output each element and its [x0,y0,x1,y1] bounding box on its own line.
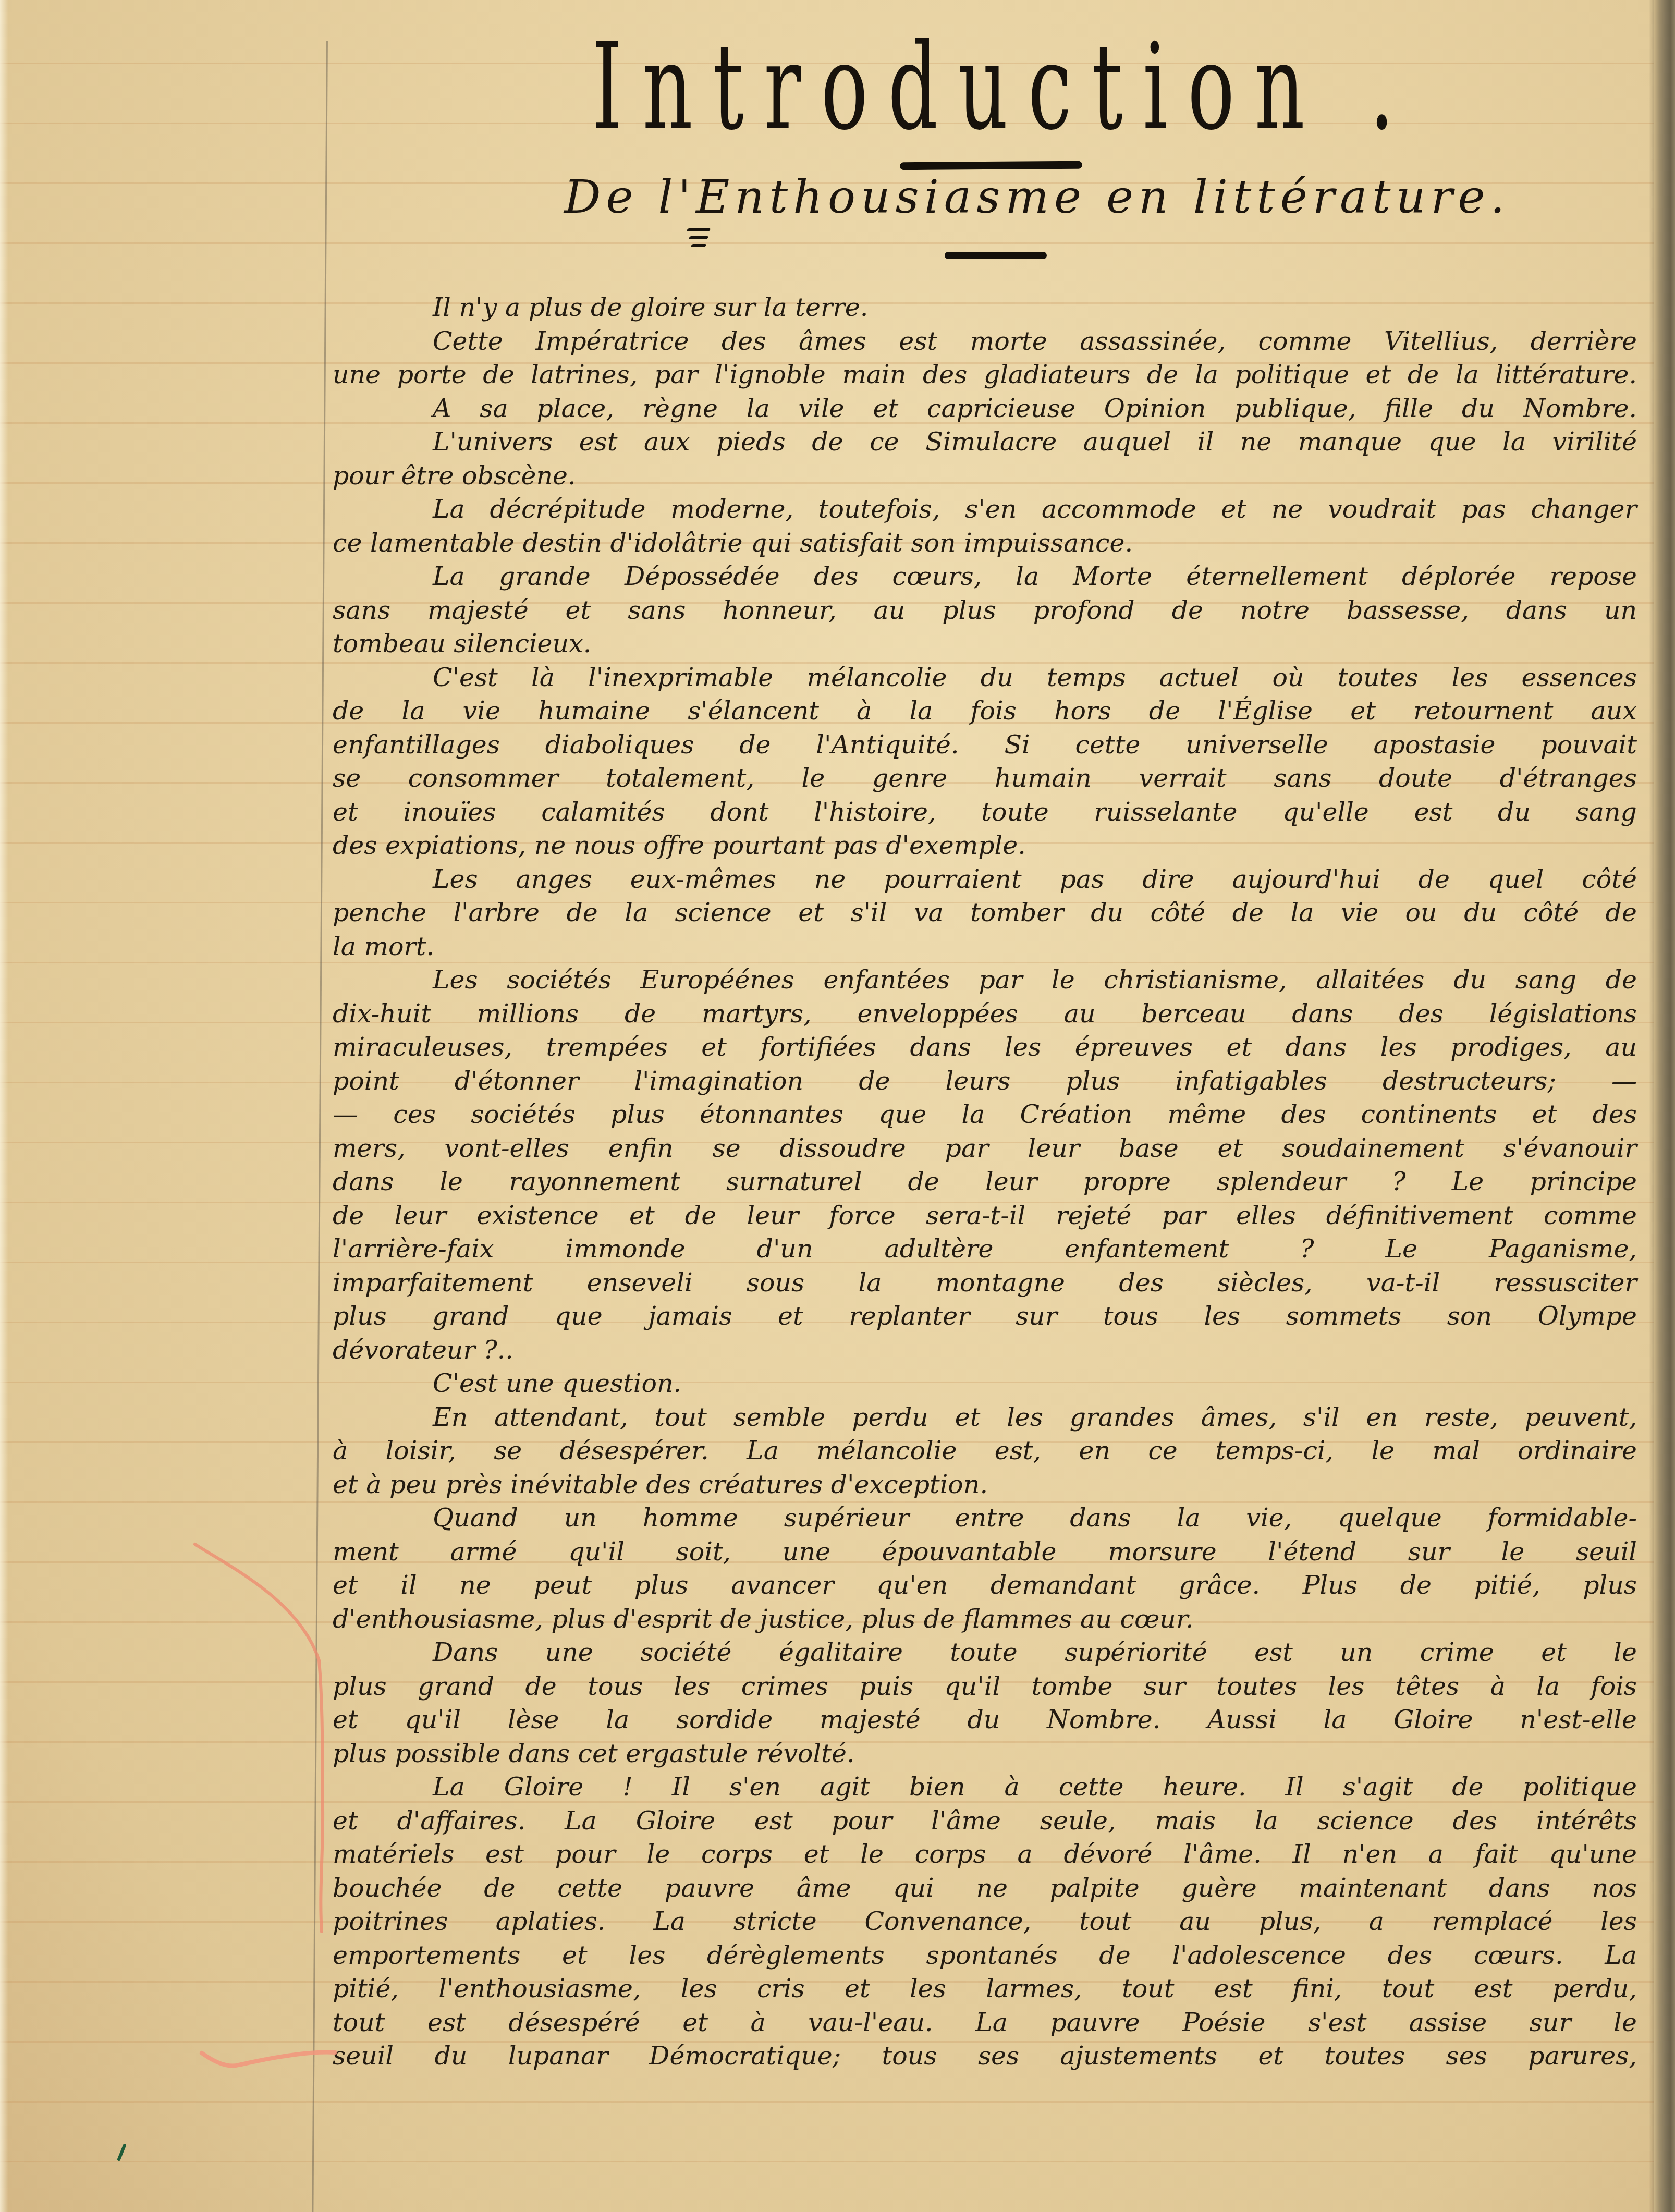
manuscript-line: La Gloire ! Il s'en agit bien à cette he… [333,1770,1637,1804]
manuscript-line: La grande Dépossédée des cœurs, la Morte… [333,560,1637,594]
manuscript-line: point d'étonner l'imagination de leurs p… [333,1065,1637,1098]
manuscript-line: une porte de latrines, par l'ignoble mai… [333,358,1637,392]
manuscript-line: dans le rayonnement surnaturel de leur p… [333,1165,1637,1199]
manuscript-line: dix-huit millions de martyrs, enveloppée… [333,997,1637,1031]
manuscript-line: plus grand de tous les crimes puis qu'il… [333,1670,1637,1704]
manuscript-line: de la vie humaine s'élancent à la fois h… [333,694,1637,728]
manuscript-line: et il ne peut plus avancer qu'en demanda… [333,1569,1637,1603]
title-underline [900,161,1082,170]
manuscript-line: penche l'arbre de la science et s'il va … [333,896,1637,930]
book-edge-band [1654,0,1675,2212]
subtitle-word-enthousiasme: Enthousiasme [696,170,1086,224]
manuscript-line: et qu'il lèse la sordide majesté du Nomb… [333,1703,1637,1737]
scan-left-edge [0,0,8,2212]
manuscript-line: Les anges eux-mêmes ne pourraient pas di… [333,863,1637,897]
manuscript-line: pitié, l'enthousiasme, les cris et les l… [333,1972,1637,2006]
manuscript-line: — ces sociétés plus étonnantes que la Cr… [333,1098,1637,1132]
manuscript-line: matériels est pour le corps et le corps … [333,1838,1637,1872]
manuscript-line: En attendant, tout semble perdu et les g… [333,1401,1637,1435]
manuscript-line: Les sociétés Européénes enfantées par le… [333,963,1637,997]
manuscript-line: C'est une question. [333,1367,1637,1401]
manuscript-line: d'enthousiasme, plus d'esprit de justice… [333,1603,1637,1636]
manuscript-line: et à peu près inévitable des créatures d… [333,1468,1637,1502]
manuscript-line: enfantillages diaboliques de l'Antiquité… [333,728,1637,762]
subtitle-prefix: De l' [564,170,696,224]
manuscript-line: à loisir, se désespérer. La mélancolie e… [333,1434,1637,1468]
manuscript-line: Quand un homme supérieur entre dans la v… [333,1501,1637,1535]
subtitle-suffix: en littérature. [1086,170,1510,224]
manuscript-line: dévorateur ?.. [333,1334,1637,1367]
manuscript-line: ment armé qu'il soit, une épouvantable m… [333,1535,1637,1569]
page-title: Introduction . [592,19,1414,156]
manuscript-line: et d'affaires. La Gloire est pour l'âme … [333,1804,1637,1838]
page-subtitle: De l'Enthousiasme en littérature. [564,170,1510,224]
manuscript-line: imparfaitement enseveli sous la montagne… [333,1266,1637,1300]
manuscript-line: plus grand que jamais et replanter sur t… [333,1300,1637,1334]
manuscript-line: pour être obscène. [333,459,1637,493]
green-ink-fleck [119,2145,125,2159]
manuscript-page: Introduction . De l'Enthousiasme en litt… [0,0,1675,2212]
manuscript-line: ce lamentable destin d'idolâtrie qui sat… [333,527,1637,560]
manuscript-line: emportements et les dérèglements spontan… [333,1939,1637,1973]
calligraphic-tick-flourish [687,228,710,252]
red-pencil-line [195,1544,323,1932]
manuscript-line: sans majesté et sans honneur, au plus pr… [333,594,1637,628]
manuscript-line: l'arrière-faix immonde d'un adultère enf… [333,1232,1637,1266]
manuscript-line: seuil du lupanar Démocratique; tous ses … [333,2039,1637,2073]
manuscript-line: miraculeuses, trempées et fortifiées dan… [333,1031,1637,1065]
manuscript-line: bouchée de cette pauvre âme qui ne palpi… [333,1872,1637,1905]
manuscript-line: La décrépitude moderne, toutefois, s'en … [333,493,1637,527]
manuscript-line: C'est là l'inexprimable mélancolie du te… [333,661,1637,695]
manuscript-lines: Il n'y a plus de gloire sur la terre.Cet… [333,291,1637,2073]
manuscript-line: L'univers est aux pieds de ce Simulacre … [333,425,1637,459]
manuscript-line: mers, vont-elles enfin se dissoudre par … [333,1132,1637,1166]
margin-rule-line [312,41,328,2212]
manuscript-line: Cette Impératrice des âmes est morte ass… [333,325,1637,359]
manuscript-line: A sa place, règne la vile et capricieuse… [333,392,1637,426]
manuscript-line: tombeau silencieux. [333,627,1637,661]
manuscript-line: poitrines aplaties. La stricte Convenanc… [333,1905,1637,1939]
manuscript-line: plus possible dans cet ergastule révolté… [333,1737,1637,1771]
manuscript-line: la mort. [333,930,1637,964]
manuscript-line: des expiations, ne nous offre pourtant p… [333,829,1637,863]
manuscript-line: Il n'y a plus de gloire sur la terre. [333,291,1637,325]
red-pencil-check-icon [202,2052,335,2066]
manuscript-line: se consommer totalement, le genre humain… [333,762,1637,796]
manuscript-line: Dans une société égalitaire toute supéri… [333,1636,1637,1670]
manuscript-line: tout est désespéré et à vau-l'eau. La pa… [333,2006,1637,2040]
manuscript-line: de leur existence et de leur force sera-… [333,1199,1637,1233]
manuscript-line: et inouïes calamités dont l'histoire, to… [333,796,1637,829]
subtitle-underline-bar [945,252,1047,259]
